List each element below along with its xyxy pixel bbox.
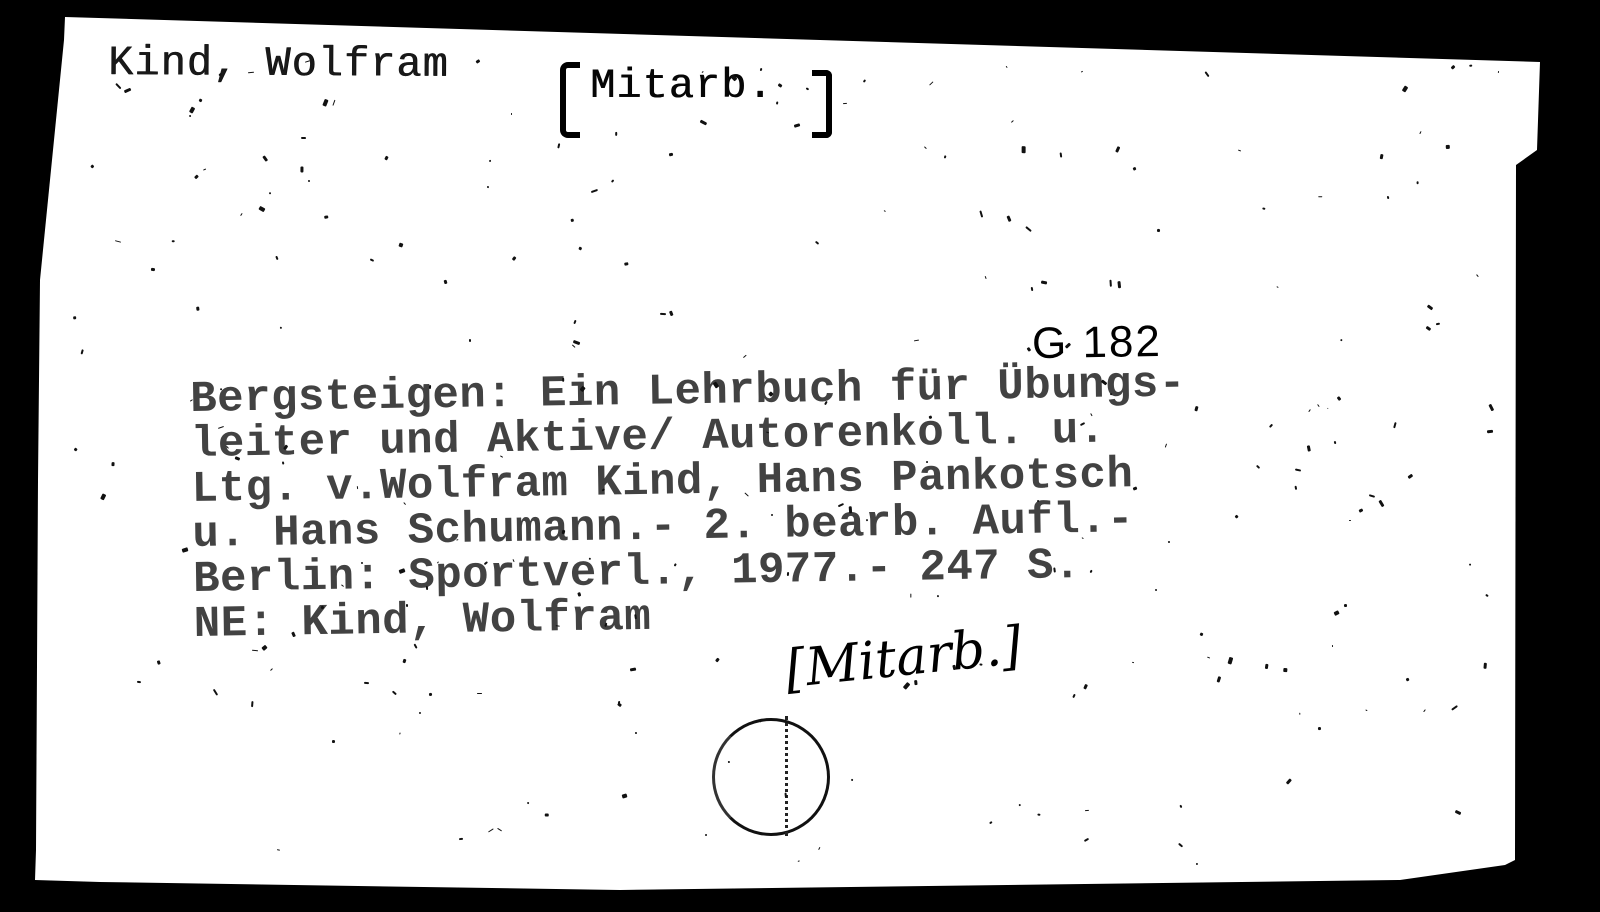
noise-speck (588, 558, 590, 560)
noise-speck (952, 665, 956, 670)
catalog-card: Kind, Wolfram Mitarb. G 182 Bergsteigen:… (0, 0, 1600, 912)
heading-role-note: Mitarb. (590, 62, 773, 110)
noise-speck (477, 693, 482, 694)
noise-speck (399, 732, 401, 734)
noise-speck (157, 660, 161, 664)
noise-speck (1307, 445, 1311, 451)
noise-speck (615, 132, 617, 136)
noise-speck (759, 67, 762, 71)
noise-speck (787, 572, 789, 576)
noise-speck (151, 268, 155, 271)
noise-speck (406, 604, 408, 607)
noise-speck (545, 813, 549, 816)
noise-speck (634, 614, 637, 620)
noise-speck (1283, 668, 1287, 673)
noise-speck (910, 594, 911, 598)
noise-speck (571, 218, 574, 222)
punch-hole-guide-line (785, 716, 788, 836)
noise-speck (1167, 540, 1169, 542)
bibliographic-entry: Bergsteigen: Ein Lehrbuch für Übungs- le… (190, 362, 1190, 648)
noise-speck (72, 316, 76, 319)
noise-speck (171, 240, 174, 242)
punch-hole-circle-icon (712, 718, 830, 836)
noise-speck (1386, 196, 1389, 199)
noise-speck (332, 740, 335, 743)
noise-speck (1262, 207, 1266, 210)
noise-speck (843, 102, 847, 104)
noise-speck (251, 700, 253, 706)
heading-author-name: Kind, Wolfram (108, 39, 449, 89)
noise-speck (459, 838, 463, 840)
bracket-right-mark (812, 70, 832, 138)
noise-speck (1416, 182, 1418, 185)
bracket-left-mark (560, 62, 580, 138)
noise-speck (196, 307, 199, 311)
noise-speck (1486, 429, 1492, 432)
noise-speck (914, 680, 918, 686)
noise-speck (301, 137, 306, 139)
noise-speck (1207, 656, 1210, 658)
noise-speck (1022, 146, 1026, 153)
noise-speck (926, 461, 928, 463)
noise-speck (1446, 145, 1450, 149)
noise-speck (300, 167, 303, 173)
noise-speck (1037, 813, 1040, 815)
noise-speck (1155, 589, 1157, 591)
noise-speck (883, 210, 885, 212)
noise-speck (282, 461, 284, 464)
noise-speck (1090, 413, 1092, 416)
noise-speck (1109, 279, 1112, 286)
noise-speck (324, 215, 328, 218)
